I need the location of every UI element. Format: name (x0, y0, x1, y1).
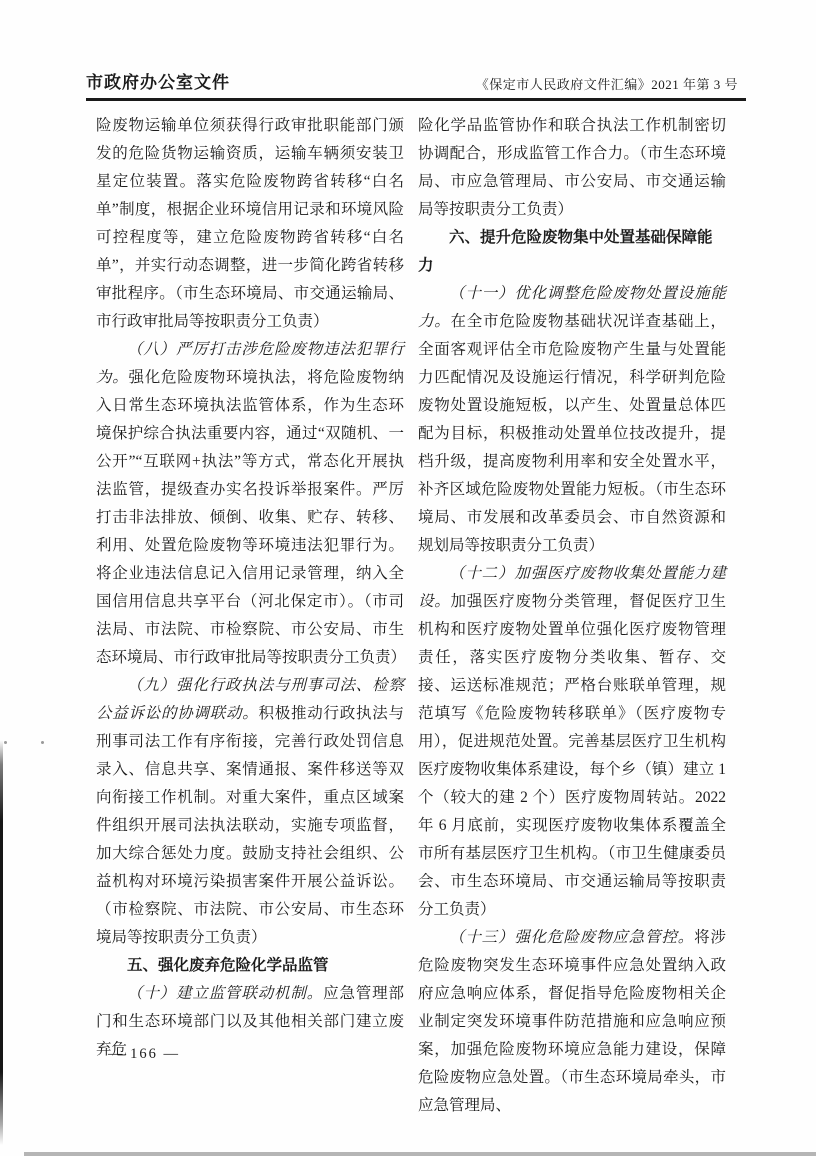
left-column: 险废物运输单位须获得行政审批职能部门颁发的危险货物运输资质，运输车辆须安装卫星定… (96, 112, 404, 1120)
paragraph-item-8: （八）严厉打击涉危险废物违法犯罪行为。强化危险废物环境执法，将危险废物纳入日常生… (96, 336, 404, 672)
scan-artifact-bottom-edge (24, 1152, 816, 1156)
section-heading-6: 六、提升危险废物集中处置基础保障能力 (418, 224, 726, 280)
page-header: 市政府办公室文件 《保定市人民政府文件汇编》2021 年第 3 号 (86, 68, 746, 101)
two-column-body: 险废物运输单位须获得行政审批职能部门颁发的危险货物运输资质，运输车辆须安装卫星定… (96, 112, 726, 1120)
scan-speck (4, 741, 7, 744)
page-number: — 166 — (108, 1046, 180, 1063)
paragraph-item-11: （十一）优化调整危险废物处置设施能力。在全市危险废物基础状况详查基础上，全面客观… (418, 280, 726, 560)
paragraph-text: 将涉危险废物突发生态环境事件应急处置纳入政府应急响应体系，督促指导危险废物相关企… (418, 929, 726, 1114)
paragraph-continuation: 险化学品监管协作和联合执法工作机制密切协调配合，形成监管工作合力。（市生态环境局… (418, 112, 726, 224)
paragraph-text: 加强医疗废物分类管理，督促医疗卫生机构和医疗废物处置单位强化医疗废物管理责任，落… (418, 593, 726, 918)
paragraph-text: 积极推动行政执法与刑事司法工作有序衔接，完善行政处罚信息录入、信息共享、案情通报… (96, 705, 404, 946)
item-lead: （十）建立监管联动机制。 (127, 985, 323, 1002)
paragraph-text: 强化危险废物环境执法，将危险废物纳入日常生态环境执法监管体系，作为生态环境保护综… (96, 369, 406, 666)
scan-speck (41, 741, 44, 744)
header-compilation-issue: 《保定市人民政府文件汇编》2021 年第 3 号 (476, 74, 746, 93)
scan-artifact-left-edge (0, 740, 3, 1145)
item-lead: （十三）强化危险废物应急管控。 (449, 929, 694, 946)
section-heading-5: 五、强化废弃危险化学品监管 (96, 952, 404, 980)
paragraph-text: 在全市危险废物基础状况详查基础上，全面客观评估全市危险废物产生量与处置能力匹配情… (418, 313, 726, 554)
header-doc-category: 市政府办公室文件 (86, 68, 230, 93)
paragraph-text: 险废物运输单位须获得行政审批职能部门颁发的危险货物运输资质，运输车辆须安装卫星定… (96, 117, 404, 330)
paragraph-item-9: （九）强化行政执法与刑事司法、检察公益诉讼的协调联动。积极推动行政执法与刑事司法… (96, 672, 404, 952)
document-page: 市政府办公室文件 《保定市人民政府文件汇编》2021 年第 3 号 险废物运输单… (0, 0, 816, 1156)
paragraph-text: 险化学品监管协作和联合执法工作机制密切协调配合，形成监管工作合力。（市生态环境局… (418, 117, 726, 218)
paragraph-item-13: （十三）强化危险废物应急管控。将涉危险废物突发生态环境事件应急处置纳入政府应急响… (418, 924, 726, 1120)
paragraph-continuation: 险废物运输单位须获得行政审批职能部门颁发的危险货物运输资质，运输车辆须安装卫星定… (96, 112, 404, 336)
right-column: 险化学品监管协作和联合执法工作机制密切协调配合，形成监管工作合力。（市生态环境局… (418, 112, 726, 1120)
paragraph-item-12: （十二）加强医疗废物收集处置能力建设。加强医疗废物分类管理，督促医疗卫生机构和医… (418, 560, 726, 924)
